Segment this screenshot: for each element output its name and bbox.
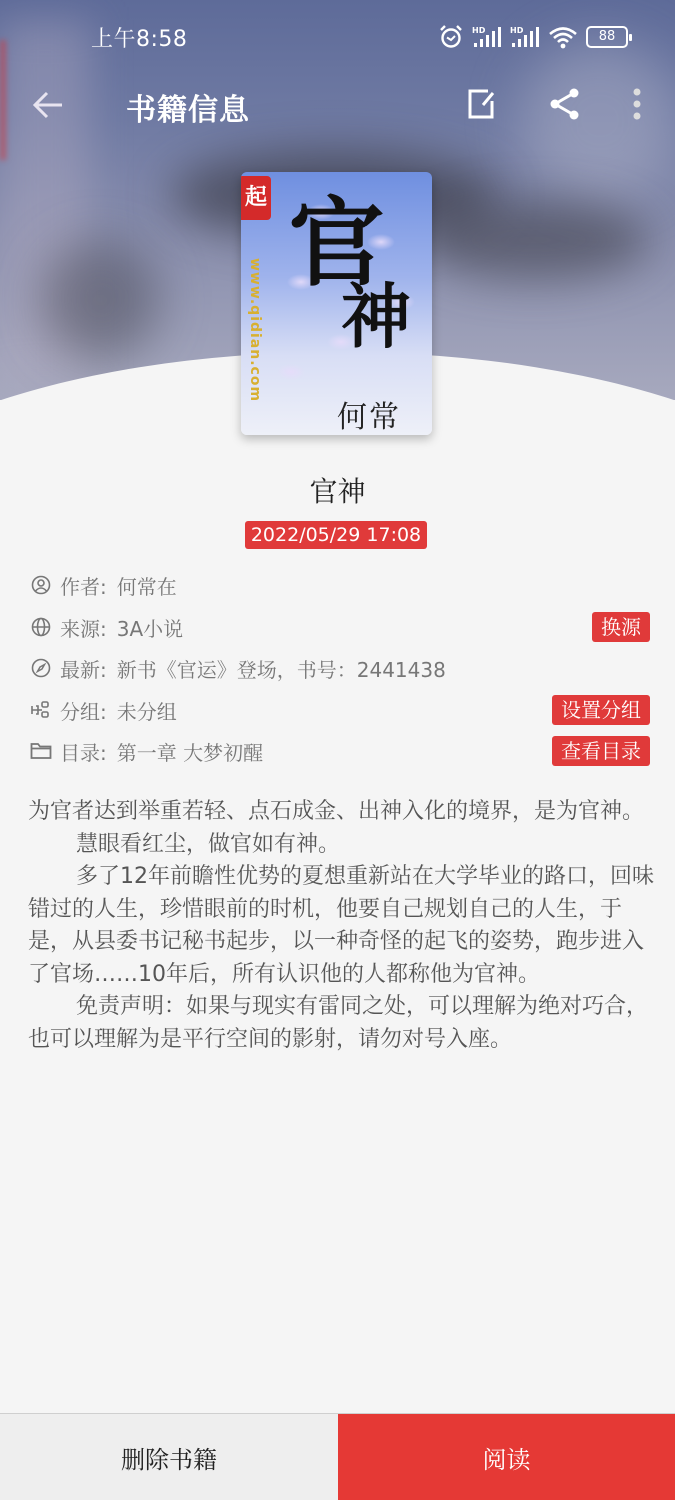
more-vert-icon[interactable] [624,87,650,121]
cover-badge: 起 [241,176,271,220]
info-row-group: 分组: 未分组 设置分组 [30,694,650,726]
description-paragraph: 免责声明：如果与现实有雷同之处，可以理解为绝对巧合，也可以理解为是平行空间的影射… [28,991,664,1056]
book-cover[interactable]: 起 www.qidian.com 官 神 何常在 [241,172,432,435]
back-arrow-icon[interactable] [28,87,68,123]
group-label: 分组: [60,696,107,725]
page-title: 书籍信息 [126,85,250,129]
status-time: 上午8:58 [91,22,187,53]
group-icon [30,699,52,721]
cover-url-text: www.qidian.com [247,258,263,402]
toc-value: 第一章 大梦初醒 [117,737,263,766]
share-icon[interactable] [548,87,582,121]
cover-author-text: 何常在 [337,392,432,435]
read-button[interactable]: 阅读 [338,1414,675,1500]
compass-icon [30,657,52,679]
source-label: 来源: [60,613,107,642]
author-label: 作者: [60,571,107,600]
change-source-button[interactable]: 换源 [592,612,650,642]
update-time-badge: 2022/05/29 17:08 [245,521,427,549]
source-value: 3A小说 [117,613,183,642]
delete-book-button[interactable]: 删除书籍 [0,1414,338,1500]
edit-icon[interactable] [464,87,498,121]
status-bar: 上午8:58 HD HD 88 [0,0,675,75]
description-paragraph: 为官者达到举重若轻、点石成金、出神入化的境界，是为官神。 [28,796,664,829]
set-group-button[interactable]: 设置分组 [552,695,650,725]
globe-icon [30,616,52,638]
book-description: 为官者达到举重若轻、点石成金、出神入化的境界，是为官神。 慧眼看红尘，做官如有神… [28,796,664,1056]
folder-icon [30,740,52,762]
description-paragraph: 慧眼看红尘，做官如有神。 [28,829,664,862]
person-icon [30,574,52,596]
book-name: 官神 [0,470,675,510]
svg-text:HD: HD [510,26,524,35]
group-value: 未分组 [117,696,177,725]
toc-label: 目录: [60,737,107,766]
info-row-author: 作者: 何常在 [30,569,650,601]
latest-label: 最新: [60,654,107,683]
cover-title-art-2: 神 [341,282,411,352]
alarm-icon [438,24,464,50]
info-row-toc: 目录: 第一章 大梦初醒 查看目录 [30,735,650,767]
signal-hd-icon: HD [472,25,502,49]
info-row-source: 来源: 3A小说 换源 [30,611,650,643]
svg-text:HD: HD [472,26,486,35]
latest-value: 新书《官运》登场，书号：2441438 [117,654,446,683]
info-row-latest: 最新: 新书《官运》登场，书号：2441438 [30,652,650,684]
cover-title-art: 官 [281,192,377,288]
app-toolbar: 书籍信息 [0,75,675,135]
author-value: 何常在 [117,571,177,600]
view-toc-button[interactable]: 查看目录 [552,736,650,766]
battery-icon: 88 [586,26,628,48]
signal-hd-icon: HD [510,25,540,49]
description-paragraph: 多了12年前瞻性优势的夏想重新站在大学毕业的路口，回味错过的人生，珍惜眼前的时机… [28,861,664,991]
bottom-action-bar: 删除书籍 阅读 [0,1413,675,1500]
wifi-icon [548,25,578,49]
